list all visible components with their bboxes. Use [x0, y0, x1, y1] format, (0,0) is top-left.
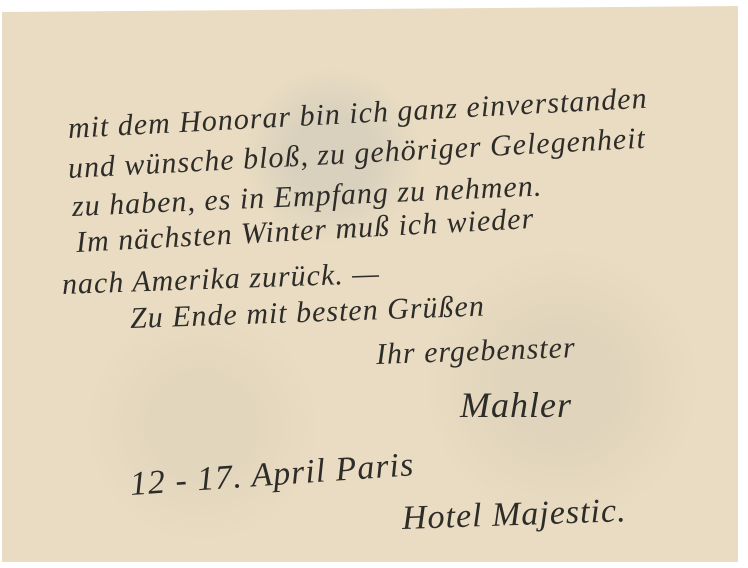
letter-signature: Mahler	[460, 384, 572, 426]
letter-address: Hotel Majestic.	[401, 492, 627, 538]
letter-date: 12 - 17. April Paris	[129, 446, 416, 504]
letter-closing: Ihr ergebenster	[375, 331, 576, 372]
letter-paper: mit dem Honorar bin ich ganz einverstand…	[2, 6, 738, 562]
